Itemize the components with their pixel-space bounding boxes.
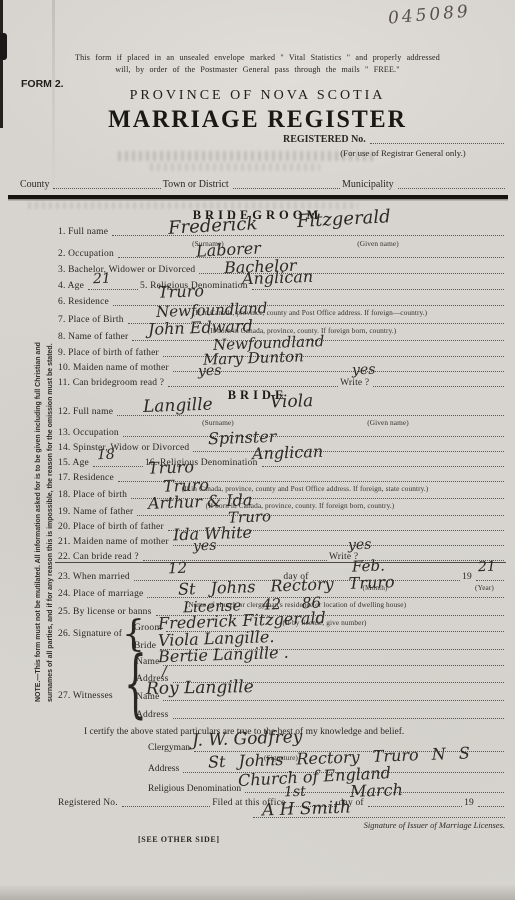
registered-no-label: REGISTERED No.: [283, 134, 368, 145]
handwriting-marriage-year: 21: [478, 559, 496, 576]
dotted-line: [476, 580, 504, 581]
field-groom-residence: 6. Residence: [58, 294, 506, 307]
field-bride-father: 19. Name of father: [58, 504, 506, 517]
county-label: County: [20, 179, 51, 190]
field-bride-residence: 17. Residence: [58, 470, 506, 483]
ink-bleed-smudge: [150, 163, 320, 171]
dotted-line: [118, 257, 504, 258]
paper-edge-shadow: [0, 884, 515, 900]
province-title: PROVINCE OF NOVA SCOTIA: [0, 88, 515, 104]
handwriting-filed-month: March: [350, 780, 403, 801]
witnesses-label: 27. Witnesses: [58, 688, 122, 701]
dotted-line: [368, 806, 462, 807]
dotted-line: [193, 451, 504, 452]
field-bride-mother: 21. Maiden name of mother: [58, 534, 506, 547]
handwriting-marriage-day: 12: [168, 559, 188, 578]
margin-note: NOTE.—This form must not be mutilated. A…: [33, 290, 59, 702]
margin-note-line2: surnames of all parties, and if for any …: [45, 290, 57, 702]
handwriting-issuer-signature: A H Smith: [262, 797, 352, 820]
dotted-line: [123, 436, 504, 437]
field-witness2-address: Address: [136, 707, 506, 720]
dotted-line: [233, 188, 340, 189]
postal-notice: This form if placed in an unsealed envel…: [40, 52, 475, 76]
dotted-line: [173, 718, 504, 719]
divider-line: [55, 562, 506, 563]
dotted-line: [262, 466, 504, 467]
field-bride-father-birthplace: 20. Place of birth of father: [58, 519, 506, 532]
issuer-caption: Signature of Issuer of Marriage Licenses…: [364, 820, 505, 830]
dotted-line: [163, 665, 504, 666]
scan-edge-artifact: [0, 0, 3, 128]
handwriting-bride-can-write: yes: [348, 537, 372, 554]
handwriting-groom-can-write: yes: [352, 362, 376, 379]
municipality-label: Municipality: [342, 179, 396, 190]
handwriting-witness2-name: Roy Langille: [146, 677, 254, 699]
handwriting-groom-can-read: yes: [198, 363, 222, 380]
margin-note-line1: NOTE.—This form must not be mutilated. A…: [33, 290, 45, 702]
marriage-register-document: 045089 This form if placed in an unseale…: [0, 0, 515, 900]
handwriting-bride-can-read: yes: [193, 538, 217, 555]
handwriting-filed-day: 1st: [284, 784, 306, 801]
handwritten-serial-number: 045089: [387, 1, 471, 28]
section-divider-rule: [8, 195, 508, 199]
registered-no-row: REGISTERED No.: [283, 132, 506, 145]
dotted-line: [173, 545, 504, 546]
dotted-line: [478, 806, 504, 807]
field-groom-birthplace: 7. Place of Birth: [58, 312, 506, 325]
signature-of-label: 26. Signature of: [58, 626, 126, 639]
dotted-line: [53, 188, 160, 189]
dotted-line: [93, 466, 143, 467]
dotted-line: [88, 289, 138, 290]
document-title: MARRIAGE REGISTER: [10, 106, 504, 134]
registrar-general-note: (For use of Registrar General only.): [300, 148, 506, 158]
dotted-line: [173, 371, 504, 372]
dotted-line: [163, 700, 504, 701]
handwriting-clergyman-signature: J. W. Godfrey: [192, 727, 303, 751]
dotted-line: [137, 515, 504, 516]
handwriting-bride-residence: Truro: [148, 457, 195, 478]
county-row: County Town or District Municipality: [20, 177, 507, 190]
postal-notice-line2: will, by order of the Postmaster General…: [40, 64, 475, 76]
handwriting-bride-religion: Anglican: [252, 442, 324, 463]
field-groom-literacy: 11. Can bridegroom read ? Write ?: [58, 375, 506, 388]
dotted-line: [373, 386, 504, 387]
dotted-line: [398, 188, 505, 189]
postal-notice-line1: This form if placed in an unsealed envel…: [40, 52, 475, 64]
handwriting-groom-residence: Truro: [158, 281, 205, 302]
scan-edge-artifact: [0, 33, 7, 60]
dotted-line: [122, 806, 210, 807]
dotted-line: [370, 143, 504, 144]
handwriting-bride-age: 18: [97, 447, 115, 464]
town-label: Town or District: [163, 179, 231, 190]
see-other-side-label: [SEE OTHER SIDE]: [138, 835, 220, 844]
field-bride-occupation: 13. Occupation: [58, 425, 506, 438]
handwriting-groom-age: 21: [93, 271, 111, 288]
field-bride-birthplace: 18. Place of birth: [58, 487, 506, 500]
field-bride-literacy: 22. Can bride read ? Write ?: [58, 549, 506, 562]
dotted-line: [252, 289, 504, 290]
dotted-line: [168, 386, 338, 387]
handwriting-groom-religion: Anglican: [242, 267, 314, 288]
